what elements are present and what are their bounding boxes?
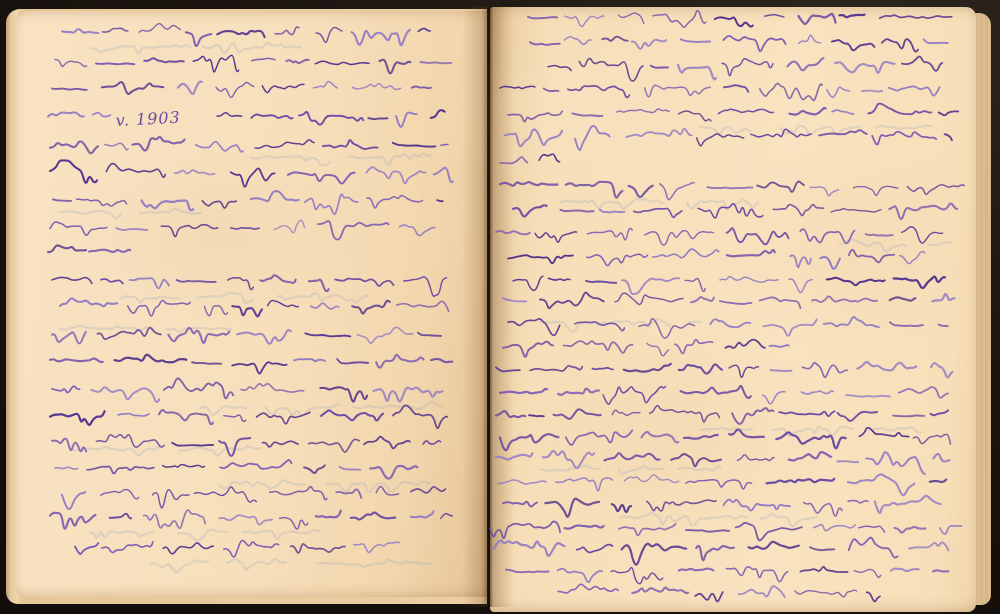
- left-page: [17, 11, 487, 597]
- diary-photo: v. 1903: [0, 0, 1000, 614]
- right-page: [490, 7, 976, 612]
